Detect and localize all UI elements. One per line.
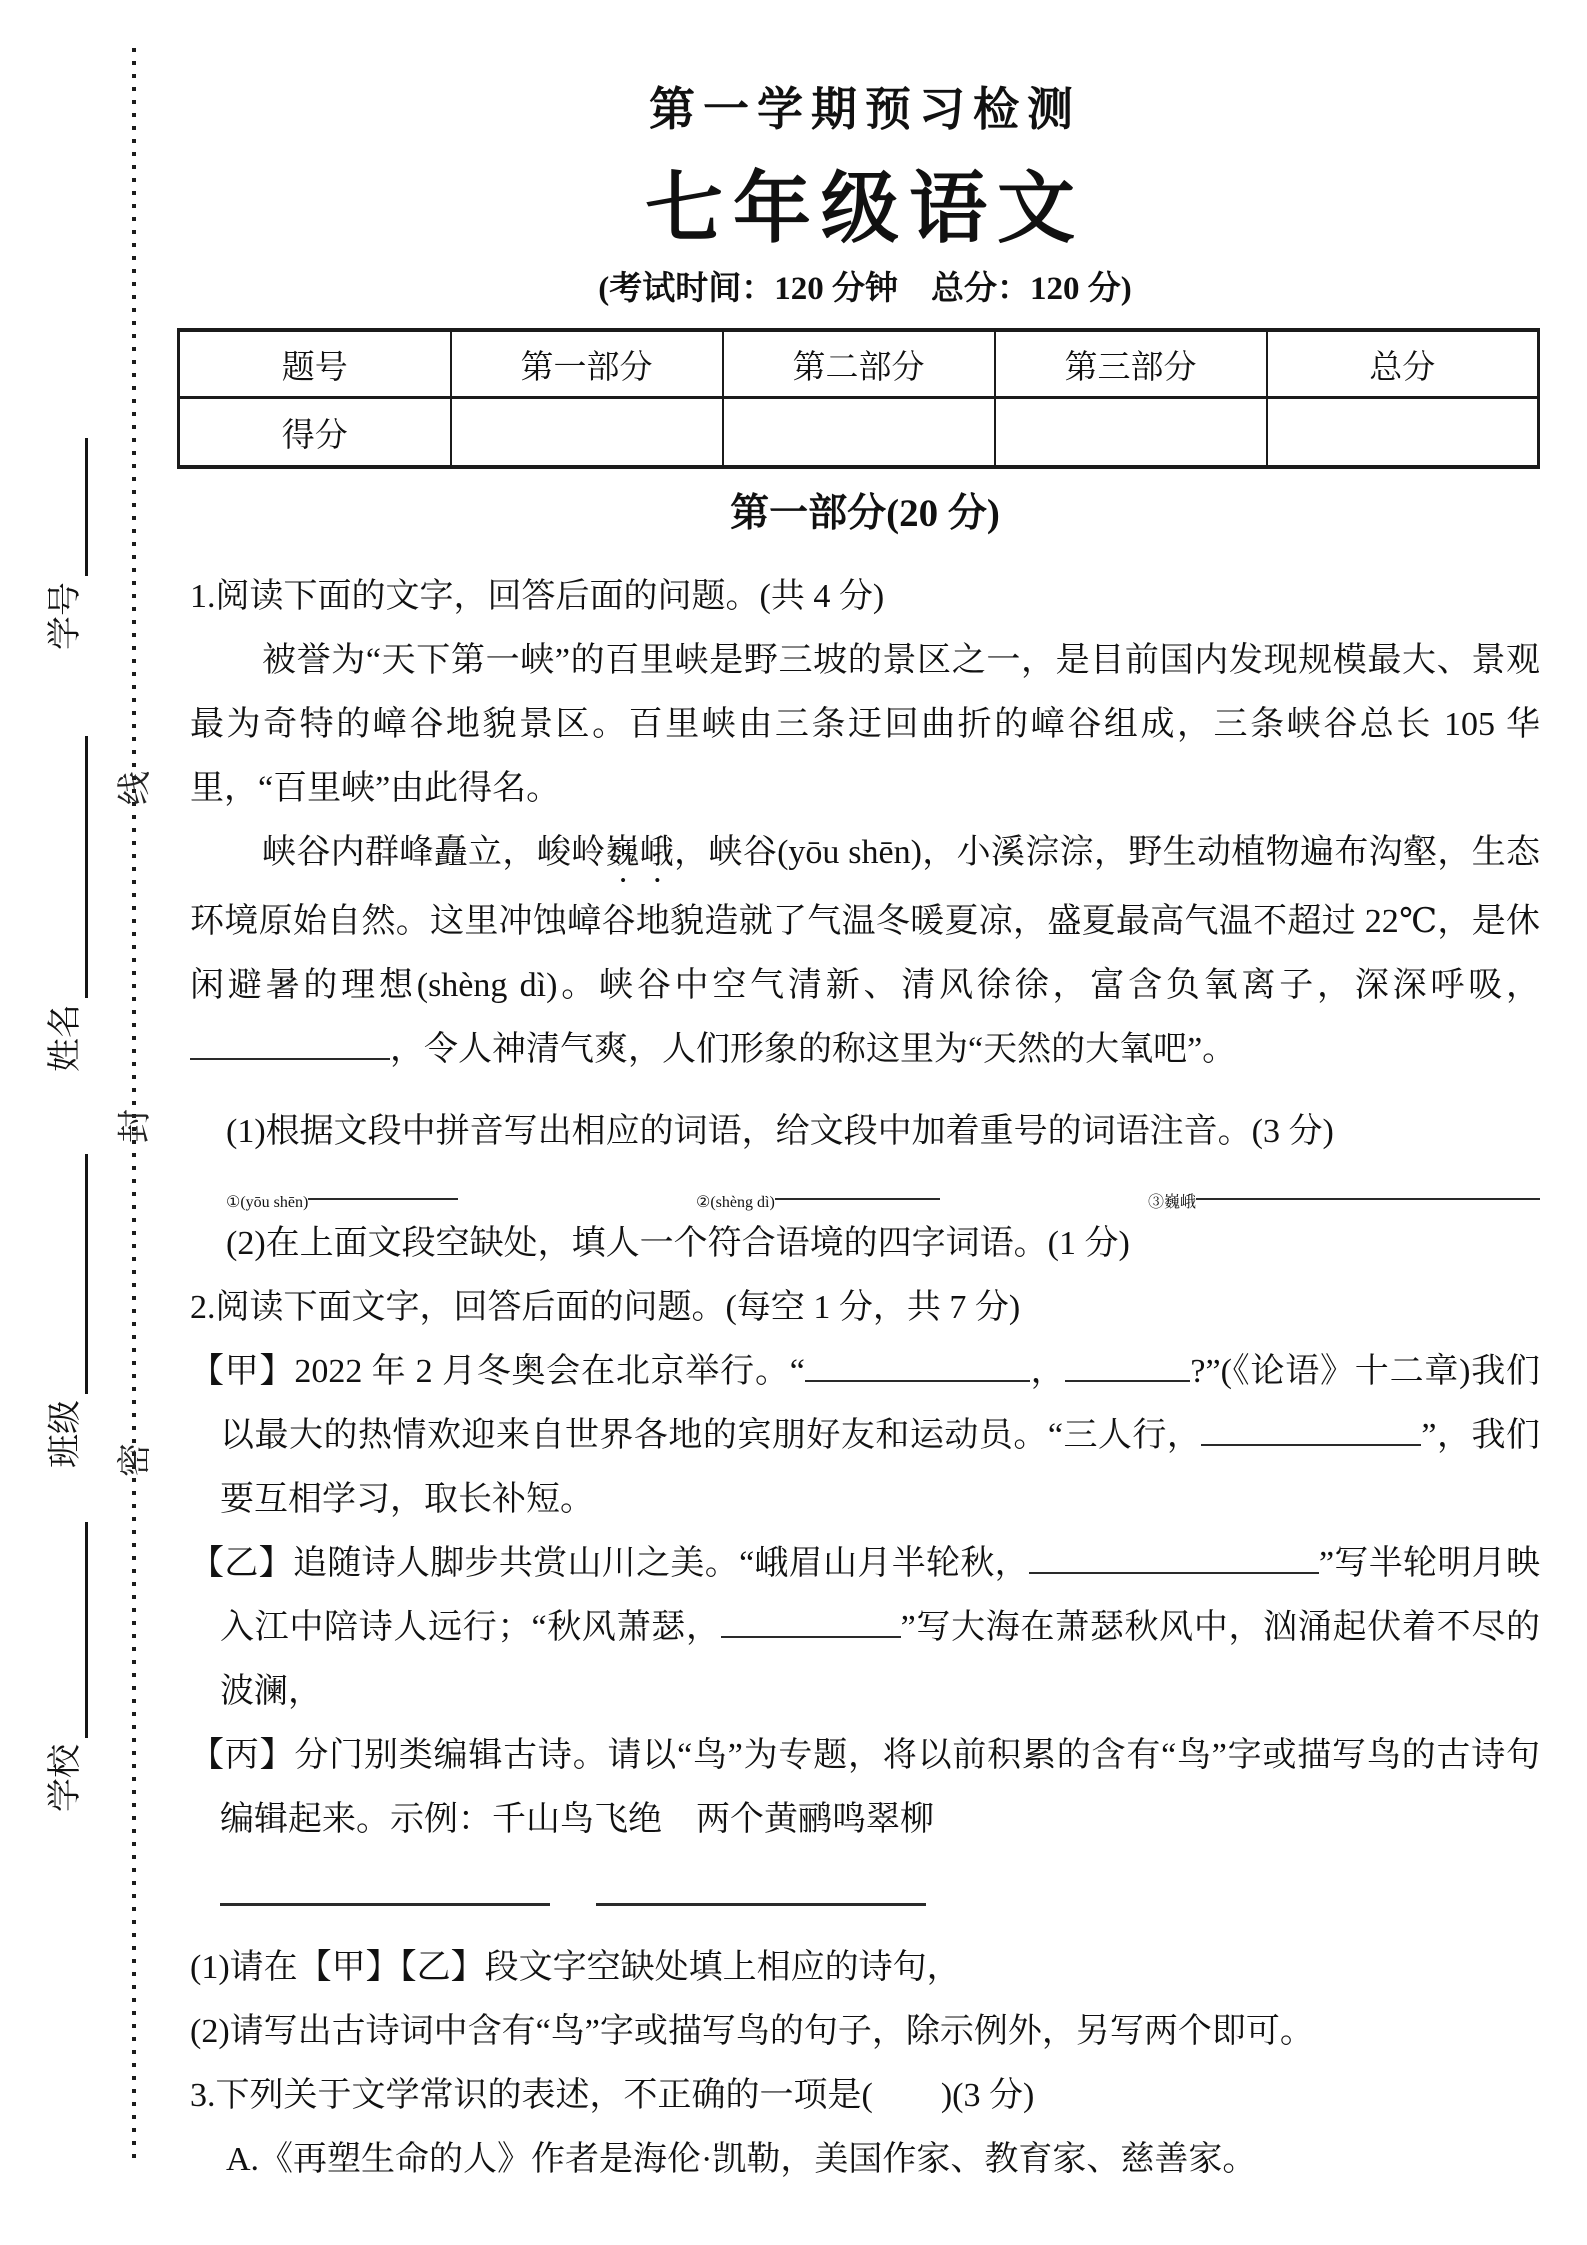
answer-blank (805, 1346, 1030, 1382)
q1-sub-question-2: (2)在上面文段空缺处，填人一个符合语境的四字词语。(1 分) (226, 1212, 1540, 1276)
sidebar-field-name: 姓名 (44, 736, 88, 1072)
score-row-label: 得分 (179, 398, 451, 468)
score-table: 题号 第一部分 第二部分 第三部分 总分 得分 (177, 328, 1540, 469)
q3-stem: 3.下列关于文学常识的表述，不正确的一项是( )(3 分) (190, 2064, 1540, 2128)
score-cell-empty (1267, 398, 1539, 468)
answer-blank (220, 1903, 550, 1906)
score-header-cell: 题号 (179, 330, 451, 398)
q1-sub-question-1: (1)根据文段中拼音写出相应的词语，给文段中加着重号的词语注音。(3 分) (226, 1100, 1540, 1164)
score-header-cell: 总分 (1267, 330, 1539, 398)
score-table-header-row: 题号 第一部分 第二部分 第三部分 总分 (179, 330, 1539, 398)
q2-stem: 2.阅读下面文字，回答后面的问题。(每空 1 分，共 7 分) (190, 1276, 1540, 1340)
write-in-line (47, 1522, 88, 1738)
q2-sub-question-1: (1)请在【甲】【乙】段文字空缺处填上相应的诗句， (190, 1936, 1540, 2000)
pinyin-item-1: ①(yōu shēn) (226, 1164, 696, 1212)
score-cell-empty (451, 398, 723, 468)
pinyin-label: ③巍峨 (1148, 1189, 1196, 1212)
answer-blank (1196, 1164, 1540, 1200)
score-header-cell: 第三部分 (995, 330, 1267, 398)
q2-bing-paragraph: 【丙】分门别类编辑古诗。请以“鸟”为专题，将以前积累的含有“鸟”字或描写鸟的古诗… (190, 1724, 1540, 1852)
exam-paper-page: 学号 姓名 班级 学校 线 封 密 第一学期预习检测 七年级语文 (考试时间：1… (0, 0, 1587, 2245)
answer-blank (308, 1164, 458, 1200)
exam-supertitle: 第一学期预习检测 (190, 78, 1540, 142)
answer-blank (1065, 1346, 1190, 1382)
q1-pinyin-answer-row: ①(yōu shēn) ②(shèng dì) ③巍峨 (226, 1164, 1540, 1212)
score-table-score-row: 得分 (179, 398, 1539, 468)
answer-blank (596, 1903, 926, 1906)
sidebar-field-label: 班级 (44, 1400, 88, 1468)
q2-sub-question-2: (2)请写出古诗词中含有“鸟”字或描写鸟的句子，除示例外，另写两个即可。 (190, 2000, 1540, 2064)
emphasized-word: 巍峨 (605, 834, 674, 871)
sidebar-field-label: 学号 (44, 582, 88, 650)
pinyin-label: ②(shèng dì) (696, 1192, 775, 1212)
q1-stem: 1.阅读下面的文字，回答后面的问题。(共 4 分) (190, 565, 1540, 629)
answer-blank (775, 1164, 940, 1200)
answer-blank (1029, 1538, 1319, 1574)
sidebar-field-class: 班级 (44, 1154, 88, 1468)
seal-char-mi: 密 (116, 1438, 156, 1482)
exam-meta: (考试时间：120 分钟 总分：120 分) (190, 266, 1540, 312)
section-heading: 第一部分(20 分) (190, 489, 1540, 539)
sidebar-field-student-number: 学号 (44, 438, 88, 650)
sidebar-field-label: 学校 (44, 1744, 88, 1812)
pinyin-item-2: ②(shèng dì) (696, 1164, 1148, 1212)
answer-blank (1201, 1410, 1421, 1446)
sidebar-field-label: 姓名 (44, 1004, 88, 1072)
q1-paragraph-1: 被誉为“天下第一峡”的百里峡是野三坡的景区之一，是目前国内发现规模最大、景观最为… (190, 629, 1540, 821)
q2-jia-paragraph: 【甲】2022 年 2 月冬奥会在北京举行。“，?”(《论语》十二章)我们以最大… (190, 1340, 1540, 1532)
answer-blank (190, 1024, 390, 1060)
score-header-cell: 第一部分 (451, 330, 723, 398)
q1-paragraph-2: 峡谷内群峰矗立，峻岭巍峨，峡谷(yōu shēn)，小溪淙淙，野生动植物遍布沟壑… (190, 821, 1540, 1082)
q1-p2-text: ，令人神清气爽，人们形象的称这里为“天然的大氧吧”。 (390, 1031, 1236, 1068)
score-header-cell: 第二部分 (723, 330, 995, 398)
seal-char-feng: 封 (116, 1104, 156, 1148)
score-cell-empty (723, 398, 995, 468)
score-cell-empty (995, 398, 1267, 468)
write-in-line (47, 736, 88, 998)
write-in-line (47, 1154, 88, 1394)
q2-yi-text: 【乙】追随诗人脚步共赏山川之美。“峨眉山月半轮秋， (190, 1545, 1029, 1582)
seal-char-line: 线 (116, 766, 156, 810)
write-in-line (47, 438, 88, 576)
pinyin-item-3: ③巍峨 (1148, 1164, 1540, 1212)
answer-blank (721, 1602, 901, 1638)
q1-p2-text: 峡谷内群峰矗立，峻岭 (262, 834, 605, 871)
q2-jia-text: ， (1030, 1353, 1066, 1390)
q2-jia-text: 【甲】2022 年 2 月冬奥会在北京举行。“ (190, 1353, 805, 1390)
q2-answer-blank-row (220, 1872, 1540, 1936)
exam-title: 七年级语文 (190, 158, 1540, 258)
q2-yi-paragraph: 【乙】追随诗人脚步共赏山川之美。“峨眉山月半轮秋，”写半轮明月映入江中陪诗人远行… (190, 1532, 1540, 1724)
pinyin-label: ①(yōu shēn) (226, 1192, 308, 1212)
sidebar-field-school: 学校 (44, 1522, 88, 1812)
q2-jia-text: ?”(《论语》十二章) (1190, 1353, 1470, 1390)
q3-option-a: A.《再塑生命的人》作者是海伦·凯勒，美国作家、教育家、慈善家。 (226, 2128, 1540, 2192)
main-content: 第一学期预习检测 七年级语文 (考试时间：120 分钟 总分：120 分) 题号… (190, 78, 1540, 2192)
